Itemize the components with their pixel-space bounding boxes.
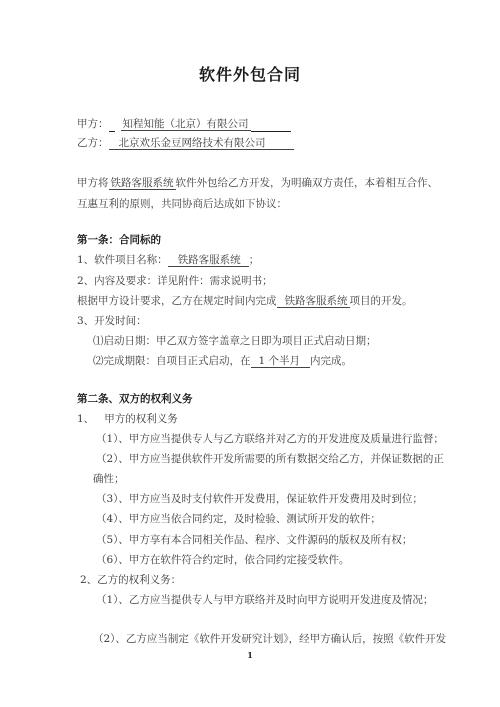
- party-b-name: 北京欢乐金豆网络技术有限公司: [109, 137, 294, 150]
- article-2-heading: 第二条、双方的权利义务: [77, 392, 193, 406]
- intro-text: 软件外包给乙方开发，为明确双方责任，本着相互合作、: [176, 177, 439, 189]
- article-1-heading: 第一条：合同标的: [77, 233, 161, 247]
- article-1-sub-1: ⑴启动日期：甲乙双方签字盖章之日即为项目正式启动日期；: [93, 334, 377, 348]
- party-a-blank-pre: [109, 120, 115, 132]
- duration-value: 1 个半月: [251, 355, 311, 368]
- party-a-blank-post: [251, 120, 291, 132]
- document-title: 软件外包合同: [0, 62, 500, 85]
- project-name-value-2: 铁路客服系统: [277, 295, 350, 308]
- party-a-right-5: （5）、甲方享有本合同相关作品、程序、文件源码的版权及所有权；: [96, 533, 412, 547]
- party-a-right-2-cont: 确性；: [93, 472, 125, 486]
- party-a-label: 甲方：: [77, 118, 109, 130]
- party-a-rights-heading: 1、 甲方的权利义务: [77, 412, 178, 426]
- party-b-right-2: （2）、乙方应当制定《软件开发研究计划》，经甲方确认后，按照《软件开发: [93, 632, 446, 646]
- item-text: 根据甲方设计要求，乙方在规定时间内完成: [77, 295, 277, 307]
- party-a-name: 知程知能（北京）有限公司: [121, 118, 251, 131]
- item-label: 1、软件项目名称：: [77, 254, 168, 266]
- article-1-item-2: 2、内容及要求：详见附件：需求说明书；: [77, 274, 273, 288]
- party-b-right-1: （1）、乙方应当提供专人与甲方联络并及时向甲方说明开发进度及情况；: [96, 593, 433, 607]
- article-1-item-3: 3、开发时间：: [77, 314, 147, 328]
- intro-line-1: 甲方将铁路客服系统软件外包给乙方开发，为明确双方责任，本着相互合作、: [77, 176, 438, 190]
- item-text: 项目的开发。: [350, 295, 413, 307]
- article-1-item-2b: 根据甲方设计要求，乙方在规定时间内完成铁路客服系统项目的开发。: [77, 294, 413, 308]
- intro-project-name: 铁路客服系统: [109, 177, 176, 190]
- item-text: 内完成。: [310, 355, 352, 367]
- party-b-line: 乙方：北京欢乐金豆网络技术有限公司: [77, 136, 294, 150]
- item-punct: ；: [249, 254, 260, 266]
- article-1-item-1: 1、软件项目名称：铁路客服系统；: [77, 253, 259, 267]
- intro-text: 甲方将: [77, 177, 109, 189]
- item-text: ⑵完成期限：自项目正式启动，在: [93, 355, 251, 367]
- article-1-sub-2: ⑵完成期限：自项目正式启动，在1 个半月内完成。: [93, 354, 352, 368]
- party-b-rights-heading: 2、乙方的权利义务：: [80, 573, 181, 587]
- party-b-label: 乙方：: [77, 137, 109, 149]
- intro-line-2: 互惠互利的原则，共同协商后达成如下协议：: [77, 197, 287, 211]
- party-a-line: 甲方：知程知能（北京）有限公司: [77, 117, 291, 132]
- party-a-right-3: （3）、甲方应当及时支付软件开发费用，保证软件开发费用及时到位；: [96, 492, 423, 506]
- party-a-right-4: （4）、甲方应当依合同约定，及时检验、测试所开发的软件；: [96, 512, 381, 526]
- document-page: 软件外包合同 甲方：知程知能（北京）有限公司 乙方：北京欢乐金豆网络技术有限公司…: [0, 0, 500, 707]
- project-name-value: 铁路客服系统: [168, 254, 249, 267]
- page-number: 1: [0, 650, 500, 660]
- party-a-right-1: （1）、甲方应当提供专人与乙方联络并对乙方的开发进度及质量进行监督；: [96, 432, 444, 446]
- party-a-right-2: （2）、甲方应当提供软件开发所需要的所有数据交给乙方，并保证数据的正: [96, 452, 444, 466]
- party-a-right-6: （6）、甲方在软件符合约定时，依合同约定接受软件。: [96, 553, 349, 567]
